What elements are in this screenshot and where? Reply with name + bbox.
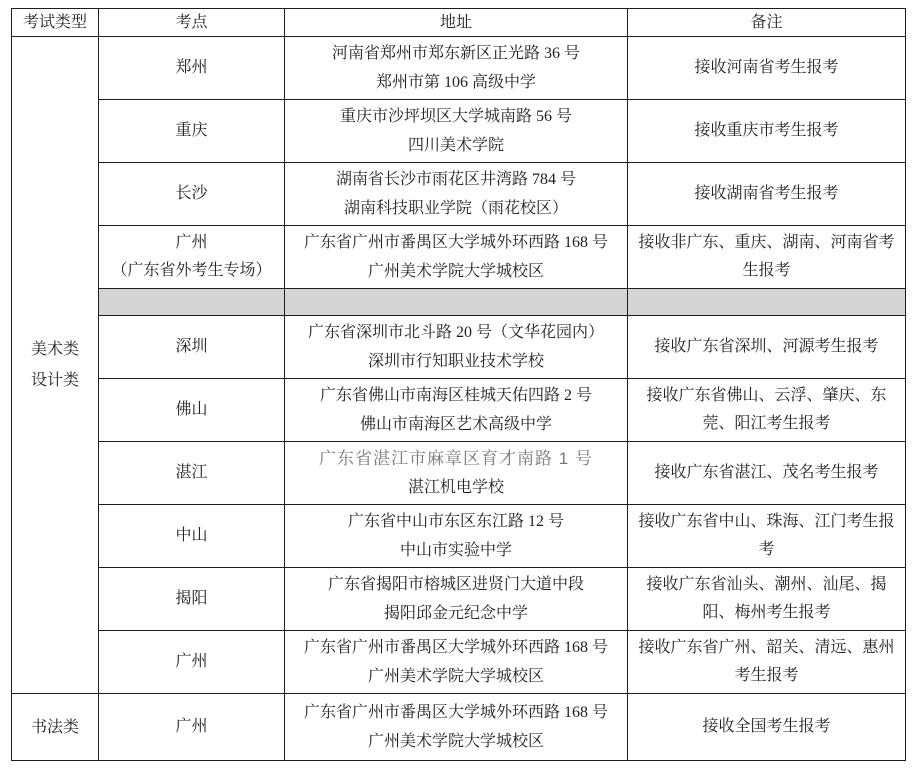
address-line: 湛江机电学校 bbox=[292, 473, 620, 502]
site-name: 中山 bbox=[106, 522, 277, 550]
header-row: 考试类型 考点 地址 备注 bbox=[12, 9, 906, 37]
address-line: 重庆市沙坪坝区大学城南路 56 号 bbox=[292, 102, 620, 131]
address-cell: 重庆市沙坪坝区大学城南路 56 号 四川美术学院 bbox=[285, 100, 628, 163]
col-header-site: 考点 bbox=[99, 9, 285, 37]
address-cell: 广东省揭阳市榕城区进贤门大道中段 揭阳邱金元纪念中学 bbox=[285, 568, 628, 631]
site-cell: 佛山 bbox=[99, 379, 285, 442]
address-cell: 广东省深圳市北斗路 20 号（文华花园内） 深圳市行知职业技术学校 bbox=[285, 316, 628, 379]
col-header-address: 地址 bbox=[285, 9, 628, 37]
address-cell: 河南省郑州市郑东新区正光路 36 号 郑州市第 106 高级中学 bbox=[285, 37, 628, 100]
address-line: 佛山市南海区艺术高级中学 bbox=[292, 410, 620, 439]
site-cell: 中山 bbox=[99, 505, 285, 568]
address-line: 广东省广州市番禺区大学城外环西路 168 号 bbox=[292, 698, 620, 727]
separator-row bbox=[12, 289, 906, 316]
address-line: 广东省中山市东区东江路 12 号 bbox=[292, 507, 620, 536]
group-label-line: 美术类 bbox=[19, 334, 91, 365]
site-name: 重庆 bbox=[106, 117, 277, 145]
document-page: 考试类型 考点 地址 备注 美术类 设计类 郑州 河南省郑州市郑东新区正光路 3… bbox=[0, 0, 915, 769]
address-line: 广州美术学院大学城校区 bbox=[292, 727, 620, 756]
site-cell: 广州 bbox=[99, 694, 285, 761]
address-line: 湖南省长沙市雨花区井湾路 784 号 bbox=[292, 165, 620, 194]
site-cell: 广州 bbox=[99, 631, 285, 694]
note-cell: 接收非广东、重庆、湖南、河南省考生报考 bbox=[628, 226, 906, 289]
col-header-exam-type: 考试类型 bbox=[12, 9, 99, 37]
note-cell: 接收广东省深圳、河源考生报考 bbox=[628, 316, 906, 379]
table-row: 广州 广东省广州市番禺区大学城外环西路 168 号 广州美术学院大学城校区 接收… bbox=[12, 631, 906, 694]
separator-cell bbox=[99, 289, 285, 316]
group-cell-art-design: 美术类 设计类 bbox=[12, 37, 99, 694]
note-cell: 接收广东省中山、珠海、江门考生报考 bbox=[628, 505, 906, 568]
note-cell: 接收广东省佛山、云浮、肇庆、东莞、阳江考生报考 bbox=[628, 379, 906, 442]
separator-cell bbox=[285, 289, 628, 316]
site-name: 佛山 bbox=[106, 396, 277, 424]
note-cell: 接收广东省汕头、潮州、汕尾、揭阳、梅州考生报考 bbox=[628, 568, 906, 631]
site-name: 揭阳 bbox=[106, 585, 277, 613]
table-row: 书法类 广州 广东省广州市番禺区大学城外环西路 168 号 广州美术学院大学城校… bbox=[12, 694, 906, 761]
table-row: 广州 （广东省外考生专场） 广东省广州市番禺区大学城外环西路 168 号 广州美… bbox=[12, 226, 906, 289]
table-row: 重庆 重庆市沙坪坝区大学城南路 56 号 四川美术学院 接收重庆市考生报考 bbox=[12, 100, 906, 163]
table-row: 长沙 湖南省长沙市雨花区井湾路 784 号 湖南科技职业学院（雨花校区） 接收湖… bbox=[12, 163, 906, 226]
note-cell: 接收河南省考生报考 bbox=[628, 37, 906, 100]
site-cell: 重庆 bbox=[99, 100, 285, 163]
site-cell: 湛江 bbox=[99, 442, 285, 505]
address-line: 四川美术学院 bbox=[292, 131, 620, 160]
site-name: 深圳 bbox=[106, 333, 277, 361]
address-line: 广东省揭阳市榕城区进贤门大道中段 bbox=[292, 570, 620, 599]
site-subtitle: （广东省外考生专场） bbox=[106, 257, 277, 285]
address-cell: 广东省中山市东区东江路 12 号 中山市实验中学 bbox=[285, 505, 628, 568]
note-cell: 接收湖南省考生报考 bbox=[628, 163, 906, 226]
address-line-alt-font: 广东省湛江市麻章区育才南路 1 号 bbox=[292, 444, 620, 473]
address-line: 广州美术学院大学城校区 bbox=[292, 257, 620, 286]
site-cell: 郑州 bbox=[99, 37, 285, 100]
site-name: 郑州 bbox=[106, 54, 277, 82]
separator-cell bbox=[628, 289, 906, 316]
col-header-note: 备注 bbox=[628, 9, 906, 37]
address-cell: 广东省广州市番禺区大学城外环西路 168 号 广州美术学院大学城校区 bbox=[285, 694, 628, 761]
group-cell-calligraphy: 书法类 bbox=[12, 694, 99, 761]
note-cell: 接收广东省广州、韶关、清远、惠州考生报考 bbox=[628, 631, 906, 694]
address-line: 郑州市第 106 高级中学 bbox=[292, 68, 620, 97]
site-name: 湛江 bbox=[106, 459, 277, 487]
site-name: 广州 bbox=[106, 713, 277, 741]
address-cell: 广东省广州市番禺区大学城外环西路 168 号 广州美术学院大学城校区 bbox=[285, 631, 628, 694]
table-row: 美术类 设计类 郑州 河南省郑州市郑东新区正光路 36 号 郑州市第 106 高… bbox=[12, 37, 906, 100]
group-label-line: 设计类 bbox=[19, 365, 91, 396]
address-line: 广州美术学院大学城校区 bbox=[292, 662, 620, 691]
exam-sites-table: 考试类型 考点 地址 备注 美术类 设计类 郑州 河南省郑州市郑东新区正光路 3… bbox=[11, 8, 906, 761]
note-cell: 接收全国考生报考 bbox=[628, 694, 906, 761]
note-cell: 接收重庆市考生报考 bbox=[628, 100, 906, 163]
address-line: 揭阳邱金元纪念中学 bbox=[292, 599, 620, 628]
address-cell: 湖南省长沙市雨花区井湾路 784 号 湖南科技职业学院（雨花校区） bbox=[285, 163, 628, 226]
table-row: 中山 广东省中山市东区东江路 12 号 中山市实验中学 接收广东省中山、珠海、江… bbox=[12, 505, 906, 568]
address-line: 广东省广州市番禺区大学城外环西路 168 号 bbox=[292, 228, 620, 257]
site-cell: 广州 （广东省外考生专场） bbox=[99, 226, 285, 289]
table-row: 佛山 广东省佛山市南海区桂城天佑四路 2 号 佛山市南海区艺术高级中学 接收广东… bbox=[12, 379, 906, 442]
address-line: 湖南科技职业学院（雨花校区） bbox=[292, 194, 620, 223]
address-cell: 广东省湛江市麻章区育才南路 1 号 湛江机电学校 bbox=[285, 442, 628, 505]
table-row: 深圳 广东省深圳市北斗路 20 号（文华花园内） 深圳市行知职业技术学校 接收广… bbox=[12, 316, 906, 379]
note-cell: 接收广东省湛江、茂名考生报考 bbox=[628, 442, 906, 505]
address-line: 广东省深圳市北斗路 20 号（文华花园内） bbox=[292, 318, 620, 347]
table-row: 湛江 广东省湛江市麻章区育才南路 1 号 湛江机电学校 接收广东省湛江、茂名考生… bbox=[12, 442, 906, 505]
site-name: 广州 bbox=[106, 648, 277, 676]
table-row: 揭阳 广东省揭阳市榕城区进贤门大道中段 揭阳邱金元纪念中学 接收广东省汕头、潮州… bbox=[12, 568, 906, 631]
address-line: 中山市实验中学 bbox=[292, 536, 620, 565]
site-cell: 长沙 bbox=[99, 163, 285, 226]
site-name: 广州 bbox=[106, 229, 277, 257]
address-line: 广东省佛山市南海区桂城天佑四路 2 号 bbox=[292, 381, 620, 410]
address-line: 广东省广州市番禺区大学城外环西路 168 号 bbox=[292, 633, 620, 662]
site-cell: 揭阳 bbox=[99, 568, 285, 631]
address-cell: 广东省广州市番禺区大学城外环西路 168 号 广州美术学院大学城校区 bbox=[285, 226, 628, 289]
address-cell: 广东省佛山市南海区桂城天佑四路 2 号 佛山市南海区艺术高级中学 bbox=[285, 379, 628, 442]
site-cell: 深圳 bbox=[99, 316, 285, 379]
site-name: 长沙 bbox=[106, 180, 277, 208]
address-line: 深圳市行知职业技术学校 bbox=[292, 347, 620, 376]
address-line: 河南省郑州市郑东新区正光路 36 号 bbox=[292, 39, 620, 68]
group-label-line: 书法类 bbox=[19, 712, 91, 743]
